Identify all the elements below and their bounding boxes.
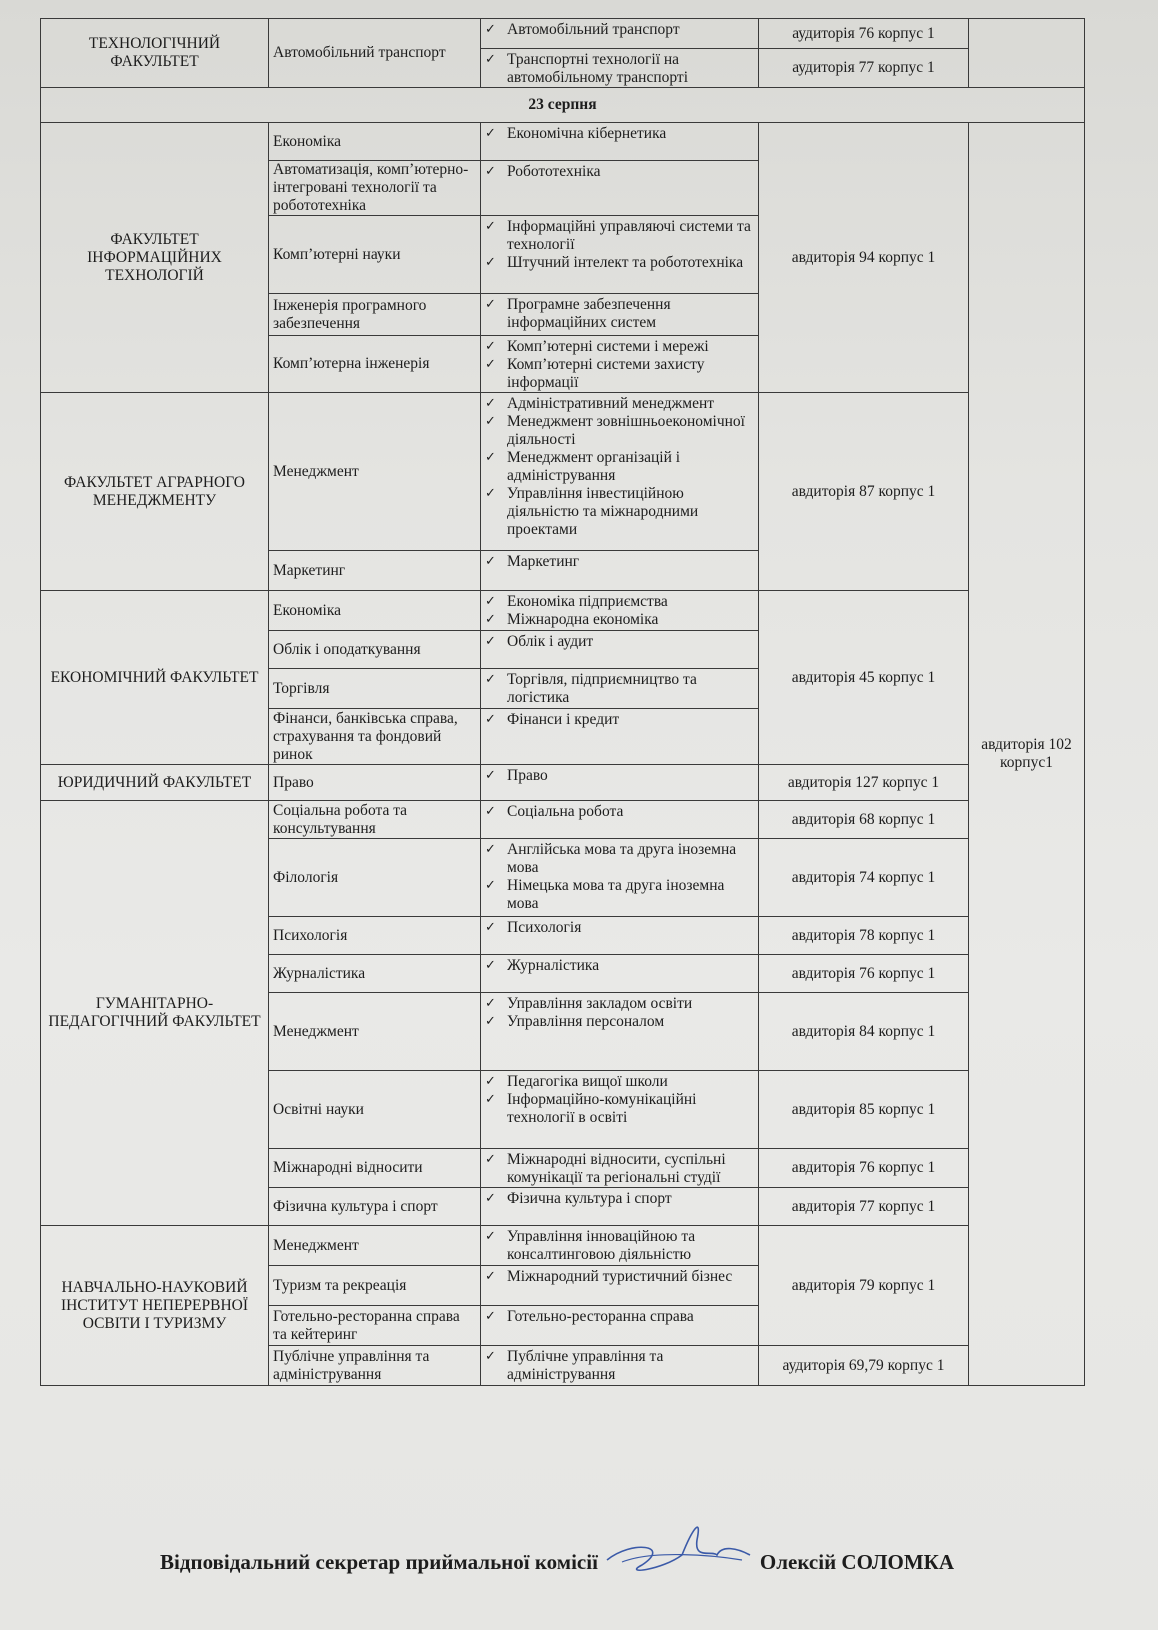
faculty-cell: ЕКОНОМІЧНИЙ ФАКУЛЬТЕТ (41, 591, 269, 765)
specialty-cell: Психологія (269, 917, 481, 955)
program-name: Економічна кібернетика (507, 125, 666, 143)
faculty-cell: ГУМАНІТАРНО-ПЕДАГОГІЧНИЙ ФАКУЛЬТЕТ (41, 801, 269, 1226)
faculty-name: ЮРИДИЧНИЙ ФАКУЛЬТЕТ (58, 774, 251, 791)
program-cell: ✓Транспортні технології на автомобільном… (481, 49, 759, 88)
program-item: ✓Менеджмент зовнішньоекономічної діяльно… (485, 413, 754, 449)
program-item: ✓Міжнародний туристичний бізнес (485, 1268, 754, 1286)
program-cell: ✓Міжнародні відносити, суспільні комунік… (481, 1149, 759, 1188)
specialty-name: Психологія (273, 927, 347, 944)
specialty-name: Соціальна робота та консультування (273, 802, 407, 837)
checkmark-icon: ✓ (485, 395, 507, 413)
specialty-cell: Автоматизація, комп’ютерно-інтегровані т… (269, 161, 481, 216)
program-name: Програмне забезпечення інформаційних сис… (507, 296, 754, 332)
checkmark-icon: ✓ (485, 919, 507, 937)
program-name: Комп’ютерні системи і мережі (507, 338, 709, 356)
program-item: ✓Міжнародна економіка (485, 611, 754, 629)
checkmark-icon: ✓ (485, 296, 507, 314)
checkmark-icon: ✓ (485, 1073, 507, 1091)
room-cell: авдиторія 45 корпус 1 (759, 591, 969, 765)
program-item: ✓Комп’ютерні системи і мережі (485, 338, 754, 356)
specialty-name: Комп’ютерна інженерія (273, 355, 429, 372)
specialty-cell: Комп’ютерна інженерія (269, 336, 481, 393)
room-cell: авдиторія 77 корпус 1 (759, 1188, 969, 1226)
room-name: авдиторія 76 корпус 1 (792, 1159, 936, 1176)
checkmark-icon: ✓ (485, 1190, 507, 1208)
program-cell: ✓Публічне управління та адміністрування (481, 1346, 759, 1386)
program-item: ✓Економіка підприємства (485, 593, 754, 611)
program-item: ✓Управління персоналом (485, 1013, 754, 1031)
program-name: Публічне управління та адміністрування (507, 1348, 754, 1384)
room-name: авдиторія 127 корпус 1 (788, 774, 939, 791)
specialty-name: Менеджмент (273, 463, 359, 480)
program-cell: ✓Фізична культура і спорт (481, 1188, 759, 1226)
program-cell: ✓Соціальна робота (481, 801, 759, 839)
faculty-name: ФАКУЛЬТЕТ ІНФОРМАЦІЙНИХ ТЕХНОЛОГІЙ (87, 231, 222, 284)
checkmark-icon: ✓ (485, 593, 507, 611)
program-item: ✓Журналістика (485, 957, 754, 975)
faculty-name: ТЕХНОЛОГІЧНИЙ ФАКУЛЬТЕТ (89, 35, 220, 70)
program-item: ✓Готельно-ресторанна справа (485, 1308, 754, 1326)
faculty-name: ГУМАНІТАРНО-ПЕДАГОГІЧНИЙ ФАКУЛЬТЕТ (48, 995, 260, 1030)
program-cell: ✓Торгівля, підприємництво та логістика (481, 669, 759, 709)
checkmark-icon: ✓ (485, 711, 507, 729)
program-name: Економіка підприємства (507, 593, 668, 611)
shared-room-name: авдиторія 102 корпус1 (981, 736, 1072, 771)
specialty-cell: Торгівля (269, 669, 481, 709)
program-name: Право (507, 767, 548, 785)
specialty-name: Філологія (273, 869, 338, 886)
checkmark-icon: ✓ (485, 356, 507, 374)
checkmark-icon: ✓ (485, 338, 507, 356)
specialty-name: Автоматизація, комп’ютерно-інтегровані т… (273, 161, 468, 214)
checkmark-icon: ✓ (485, 125, 507, 143)
faculty-cell: ФАКУЛЬТЕТ ІНФОРМАЦІЙНИХ ТЕХНОЛОГІЙ (41, 123, 269, 393)
program-name: Журналістика (507, 957, 599, 975)
program-name: Менеджмент організацій і адміністрування (507, 449, 754, 485)
specialty-cell: Автомобільний транспорт (269, 19, 481, 88)
program-item: ✓Облік і аудит (485, 633, 754, 651)
table-row: ГУМАНІТАРНО-ПЕДАГОГІЧНИЙ ФАКУЛЬТЕТСоціал… (41, 801, 1085, 839)
program-name: Автомобільний транспорт (507, 21, 680, 39)
program-name: Фінанси і кредит (507, 711, 619, 729)
checkmark-icon: ✓ (485, 1091, 507, 1109)
program-name: Інформаційно-комунікаційні технології в … (507, 1091, 754, 1127)
admission-schedule-table: ТЕХНОЛОГІЧНИЙ ФАКУЛЬТЕТАвтомобільний тра… (40, 18, 1085, 1386)
secretary-position: Відповідальний секретар приймальної комі… (160, 1550, 598, 1575)
program-cell: ✓Право (481, 765, 759, 801)
program-name: Соціальна робота (507, 803, 623, 821)
checkmark-icon: ✓ (485, 671, 507, 689)
faculty-name: ФАКУЛЬТЕТ АГРАРНОГО МЕНЕДЖМЕНТУ (64, 474, 245, 509)
program-item: ✓Маркетинг (485, 553, 754, 571)
faculty-cell: ЮРИДИЧНИЙ ФАКУЛЬТЕТ (41, 765, 269, 801)
program-name: Менеджмент зовнішньоекономічної діяльнос… (507, 413, 754, 449)
program-name: Міжнародна економіка (507, 611, 658, 629)
room-name: аудиторія 77 корпус 1 (792, 59, 935, 76)
room-name: авдиторія 85 корпус 1 (792, 1101, 936, 1118)
room-name: аудиторія 69,79 корпус 1 (783, 1357, 945, 1374)
specialty-cell: Економіка (269, 123, 481, 161)
program-cell: ✓Управління закладом освіти✓Управління п… (481, 993, 759, 1071)
specialty-name: Освітні науки (273, 1101, 364, 1118)
date-row: 23 серпня (41, 88, 1085, 123)
program-name: Психологія (507, 919, 581, 937)
faculty-name: НАВЧАЛЬНО-НАУКОВИЙ ІНСТИТУТ НЕПЕРЕРВНОЇ … (61, 1279, 248, 1332)
checkmark-icon: ✓ (485, 553, 507, 571)
specialty-cell: Облік і оподаткування (269, 631, 481, 669)
program-item: ✓Психологія (485, 919, 754, 937)
checkmark-icon: ✓ (485, 767, 507, 785)
specialty-cell: Освітні науки (269, 1071, 481, 1149)
program-cell: ✓Програмне забезпечення інформаційних си… (481, 294, 759, 336)
specialty-cell: Філологія (269, 839, 481, 917)
room-cell: авдиторія 79 корпус 1 (759, 1226, 969, 1346)
specialty-name: Право (273, 774, 314, 791)
program-name: Інформаційні управляючі системи та техно… (507, 218, 754, 254)
checkmark-icon: ✓ (485, 611, 507, 629)
specialty-cell: Комп’ютерні науки (269, 216, 481, 294)
checkmark-icon: ✓ (485, 51, 507, 69)
room-cell: авдиторія 85 корпус 1 (759, 1071, 969, 1149)
program-item: ✓Соціальна робота (485, 803, 754, 821)
date-header: 23 серпня (41, 88, 1085, 123)
program-item: ✓Комп’ютерні системи захисту інформації (485, 356, 754, 392)
program-cell: ✓Облік і аудит (481, 631, 759, 669)
program-item: ✓Менеджмент організацій і адмініструванн… (485, 449, 754, 485)
table-row: НАВЧАЛЬНО-НАУКОВИЙ ІНСТИТУТ НЕПЕРЕРВНОЇ … (41, 1226, 1085, 1266)
room-cell: авдиторія 87 корпус 1 (759, 393, 969, 591)
room-name: авдиторія 77 корпус 1 (792, 1198, 936, 1215)
specialty-cell: Менеджмент (269, 993, 481, 1071)
specialty-name: Публічне управління та адміністрування (273, 1348, 429, 1383)
checkmark-icon: ✓ (485, 254, 507, 272)
program-name: Управління закладом освіти (507, 995, 692, 1013)
table-row: ЮРИДИЧНИЙ ФАКУЛЬТЕТПраво✓Правоавдиторія … (41, 765, 1085, 801)
secretary-name: Олексій СОЛОМКА (760, 1550, 954, 1575)
program-cell: ✓Готельно-ресторанна справа (481, 1306, 759, 1346)
program-cell: ✓Англійська мова та друга іноземна мова✓… (481, 839, 759, 917)
specialty-cell: Маркетинг (269, 551, 481, 591)
room-name: аудиторія 76 корпус 1 (792, 25, 935, 42)
specialty-cell: Журналістика (269, 955, 481, 993)
program-name: Фізична культура і спорт (507, 1190, 672, 1208)
specialty-cell: Менеджмент (269, 393, 481, 551)
room-name: авдиторія 76 корпус 1 (792, 965, 936, 982)
table-row: ТЕХНОЛОГІЧНИЙ ФАКУЛЬТЕТАвтомобільний тра… (41, 19, 1085, 49)
program-item: ✓Інформаційні управляючі системи та техн… (485, 218, 754, 254)
program-name: Управління інноваційною та консалтингово… (507, 1228, 754, 1264)
program-cell: ✓Економічна кібернетика (481, 123, 759, 161)
checkmark-icon: ✓ (485, 841, 507, 859)
program-item: ✓Транспортні технології на автомобільном… (485, 51, 754, 87)
signature-scribble (602, 1542, 752, 1582)
checkmark-icon: ✓ (485, 803, 507, 821)
program-name: Управління персоналом (507, 1013, 664, 1031)
specialty-name: Торгівля (273, 680, 329, 697)
specialty-cell: Міжнародні відносити (269, 1149, 481, 1188)
specialty-name: Автомобільний транспорт (273, 44, 446, 61)
program-cell: ✓Адміністративний менеджмент✓Менеджмент … (481, 393, 759, 551)
checkmark-icon: ✓ (485, 21, 507, 39)
table-row: ФАКУЛЬТЕТ ІНФОРМАЦІЙНИХ ТЕХНОЛОГІЙЕконом… (41, 123, 1085, 161)
program-item: ✓Німецька мова та друга іноземна мова (485, 877, 754, 913)
checkmark-icon: ✓ (485, 633, 507, 651)
faculty-name: ЕКОНОМІЧНИЙ ФАКУЛЬТЕТ (51, 669, 259, 686)
program-cell: ✓Комп’ютерні системи і мережі✓Комп’ютерн… (481, 336, 759, 393)
checkmark-icon: ✓ (485, 1308, 507, 1326)
specialty-cell: Фінанси, банківська справа, страхування … (269, 709, 481, 765)
checkmark-icon: ✓ (485, 995, 507, 1013)
signature-footer: Відповідальний секретар приймальної комі… (160, 1542, 1060, 1582)
specialty-name: Міжнародні відносити (273, 1159, 423, 1176)
checkmark-icon: ✓ (485, 485, 507, 503)
room-cell: авдиторія 68 корпус 1 (759, 801, 969, 839)
program-cell: ✓Управління інноваційною та консалтингов… (481, 1226, 759, 1266)
room-name: авдиторія 87 корпус 1 (792, 483, 936, 500)
specialty-cell: Право (269, 765, 481, 801)
room-cell: авдиторія 78 корпус 1 (759, 917, 969, 955)
program-item: ✓Публічне управління та адміністрування (485, 1348, 754, 1384)
room-name: авдиторія 78 корпус 1 (792, 927, 936, 944)
program-item: ✓Штучний інтелект та робототехніка (485, 254, 754, 272)
specialty-name: Облік і оподаткування (273, 641, 421, 658)
specialty-name: Фізична культура і спорт (273, 1198, 438, 1215)
room-cell: авдиторія 76 корпус 1 (759, 1149, 969, 1188)
room-cell: авдиторія 94 корпус 1 (759, 123, 969, 393)
specialty-name: Фінанси, банківська справа, страхування … (273, 710, 458, 763)
program-name: Маркетинг (507, 553, 579, 571)
specialty-name: Менеджмент (273, 1237, 359, 1254)
program-cell: ✓Педагогіка вищої школи✓Інформаційно-ком… (481, 1071, 759, 1149)
specialty-cell: Готельно-ресторанна справа та кейтеринг (269, 1306, 481, 1346)
room-cell: аудиторія 76 корпус 1 (759, 19, 969, 49)
specialty-cell: Інженерія програмного забезпечення (269, 294, 481, 336)
program-item: ✓Фізична культура і спорт (485, 1190, 754, 1208)
checkmark-icon: ✓ (485, 163, 507, 181)
specialty-cell: Публічне управління та адміністрування (269, 1346, 481, 1386)
faculty-cell: ФАКУЛЬТЕТ АГРАРНОГО МЕНЕДЖМЕНТУ (41, 393, 269, 591)
program-name: Англійська мова та друга іноземна мова (507, 841, 754, 877)
program-name: Німецька мова та друга іноземна мова (507, 877, 754, 913)
room-name: авдиторія 74 корпус 1 (792, 869, 936, 886)
program-name: Педагогіка вищої школи (507, 1073, 668, 1091)
empty-cell (969, 19, 1085, 88)
specialty-cell: Соціальна робота та консультування (269, 801, 481, 839)
specialty-cell: Менеджмент (269, 1226, 481, 1266)
program-name: Торгівля, підприємництво та логістика (507, 671, 754, 707)
specialty-cell: Туризм та рекреація (269, 1266, 481, 1306)
room-name: авдиторія 94 корпус 1 (792, 249, 936, 266)
checkmark-icon: ✓ (485, 1151, 507, 1169)
program-item: ✓Управління інноваційною та консалтингов… (485, 1228, 754, 1264)
shared-room-cell: авдиторія 102 корпус1 (969, 123, 1085, 1386)
room-cell: авдиторія 74 корпус 1 (759, 839, 969, 917)
program-cell: ✓Маркетинг (481, 551, 759, 591)
program-name: Адміністративний менеджмент (507, 395, 714, 413)
checkmark-icon: ✓ (485, 1228, 507, 1246)
specialty-name: Інженерія програмного забезпечення (273, 297, 426, 332)
room-name: авдиторія 45 корпус 1 (792, 669, 936, 686)
room-cell: авдиторія 84 корпус 1 (759, 993, 969, 1071)
specialty-name: Комп’ютерні науки (273, 246, 401, 263)
room-cell: аудиторія 69,79 корпус 1 (759, 1346, 969, 1386)
program-item: ✓Управління закладом освіти (485, 995, 754, 1013)
specialty-name: Готельно-ресторанна справа та кейтеринг (273, 1308, 460, 1343)
checkmark-icon: ✓ (485, 449, 507, 467)
program-cell: ✓Робототехніка (481, 161, 759, 216)
specialty-name: Журналістика (273, 965, 365, 982)
checkmark-icon: ✓ (485, 413, 507, 431)
program-item: ✓Торгівля, підприємництво та логістика (485, 671, 754, 707)
specialty-name: Туризм та рекреація (273, 1277, 406, 1294)
program-cell: ✓Журналістика (481, 955, 759, 993)
program-cell: ✓Міжнародний туристичний бізнес (481, 1266, 759, 1306)
specialty-cell: Фізична культура і спорт (269, 1188, 481, 1226)
program-name: Робототехніка (507, 163, 601, 181)
program-name: Готельно-ресторанна справа (507, 1308, 694, 1326)
program-cell: ✓Психологія (481, 917, 759, 955)
program-cell: ✓Автомобільний транспорт (481, 19, 759, 49)
faculty-cell: НАВЧАЛЬНО-НАУКОВИЙ ІНСТИТУТ НЕПЕРЕРВНОЇ … (41, 1226, 269, 1386)
program-name: Штучний інтелект та робототехніка (507, 254, 743, 272)
faculty-cell: ТЕХНОЛОГІЧНИЙ ФАКУЛЬТЕТ (41, 19, 269, 88)
program-item: ✓Право (485, 767, 754, 785)
program-cell: ✓Економіка підприємства✓Міжнародна еконо… (481, 591, 759, 631)
room-cell: авдиторія 76 корпус 1 (759, 955, 969, 993)
program-item: ✓Інформаційно-комунікаційні технології в… (485, 1091, 754, 1127)
program-name: Управління інвестиційною діяльністю та м… (507, 485, 754, 539)
table-row: ЕКОНОМІЧНИЙ ФАКУЛЬТЕТЕкономіка✓Економіка… (41, 591, 1085, 631)
room-cell: авдиторія 127 корпус 1 (759, 765, 969, 801)
program-name: Облік і аудит (507, 633, 593, 651)
program-name: Міжнародні відносити, суспільні комуніка… (507, 1151, 754, 1187)
room-name: авдиторія 84 корпус 1 (792, 1023, 936, 1040)
program-item: ✓Економічна кібернетика (485, 125, 754, 143)
program-name: Міжнародний туристичний бізнес (507, 1268, 732, 1286)
room-name: авдиторія 79 корпус 1 (792, 1277, 936, 1294)
specialty-name: Маркетинг (273, 562, 345, 579)
program-item: ✓Фінанси і кредит (485, 711, 754, 729)
program-name: Комп’ютерні системи захисту інформації (507, 356, 754, 392)
checkmark-icon: ✓ (485, 877, 507, 895)
checkmark-icon: ✓ (485, 957, 507, 975)
program-cell: ✓Інформаційні управляючі системи та техн… (481, 216, 759, 294)
checkmark-icon: ✓ (485, 1013, 507, 1031)
specialty-name: Економіка (273, 602, 341, 619)
program-item: ✓Педагогіка вищої школи (485, 1073, 754, 1091)
program-item: ✓Автомобільний транспорт (485, 21, 754, 39)
program-item: ✓Адміністративний менеджмент (485, 395, 754, 413)
checkmark-icon: ✓ (485, 1268, 507, 1286)
room-name: авдиторія 68 корпус 1 (792, 811, 936, 828)
specialty-name: Менеджмент (273, 1023, 359, 1040)
checkmark-icon: ✓ (485, 218, 507, 236)
program-item: ✓Міжнародні відносити, суспільні комунік… (485, 1151, 754, 1187)
checkmark-icon: ✓ (485, 1348, 507, 1366)
specialty-cell: Економіка (269, 591, 481, 631)
program-item: ✓Робототехніка (485, 163, 754, 181)
program-item: ✓Програмне забезпечення інформаційних си… (485, 296, 754, 332)
room-cell: аудиторія 77 корпус 1 (759, 49, 969, 88)
program-item: ✓Управління інвестиційною діяльністю та … (485, 485, 754, 539)
date-text: 23 серпня (528, 96, 596, 113)
program-cell: ✓Фінанси і кредит (481, 709, 759, 765)
program-name: Транспортні технології на автомобільному… (507, 51, 754, 87)
program-item: ✓Англійська мова та друга іноземна мова (485, 841, 754, 877)
table-row: ФАКУЛЬТЕТ АГРАРНОГО МЕНЕДЖМЕНТУМенеджмен… (41, 393, 1085, 551)
specialty-name: Економіка (273, 133, 341, 150)
